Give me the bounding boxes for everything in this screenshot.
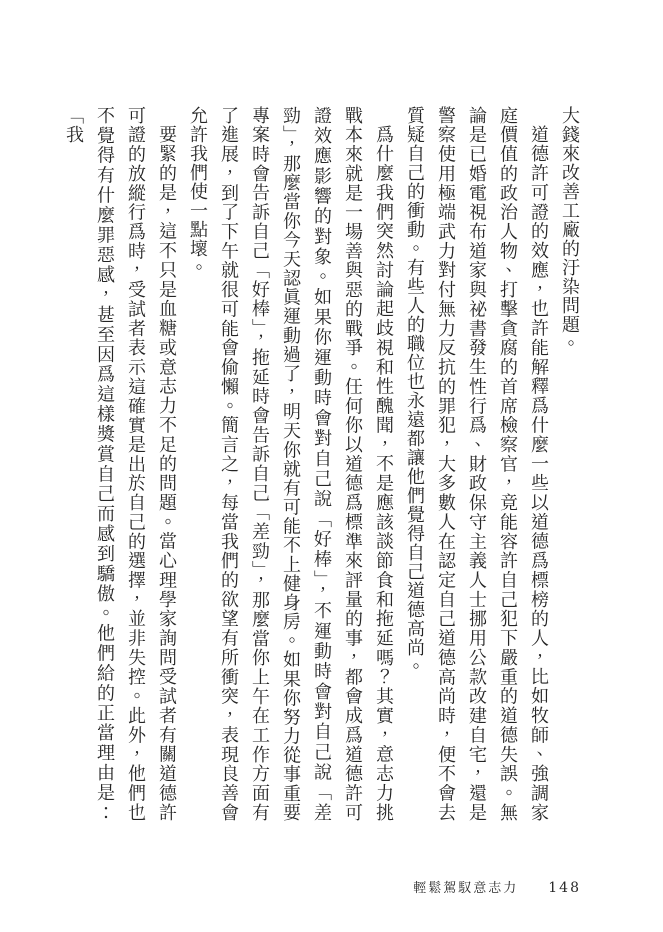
book-page: 大錢來改善工廠的汙染問題。道德許可證的效應，也許能解釋爲什麼一些以道德爲標榜的人… [0, 0, 663, 932]
body-text: 大錢來改善工廠的汙染問題。道德許可證的效應，也許能解釋爲什麼一些以道德爲標榜的人… [83, 106, 585, 822]
page-number: 148 [548, 880, 581, 896]
page-footer: 輕鬆駕馭意志力 148 [413, 877, 581, 896]
running-footer-book-title: 輕鬆駕馭意志力 [413, 877, 518, 896]
paragraph: 大錢來改善工廠的汙染問題。 [554, 106, 585, 822]
paragraph: 要緊的是，這不只是血糖或意志力不足的問題。當心理學家詢問受試者有關道德許可證的放… [58, 106, 182, 822]
paragraph: 爲什麼我們突然討論起歧視和性醜聞，不是應該談節食和拖延嗎？其實，意志力挑戰本來就… [182, 106, 399, 822]
paragraph: 道德許可證的效應，也許能解釋爲什麼一些以道德爲標榜的人，比如牧師、強調家庭價值的… [399, 106, 554, 822]
